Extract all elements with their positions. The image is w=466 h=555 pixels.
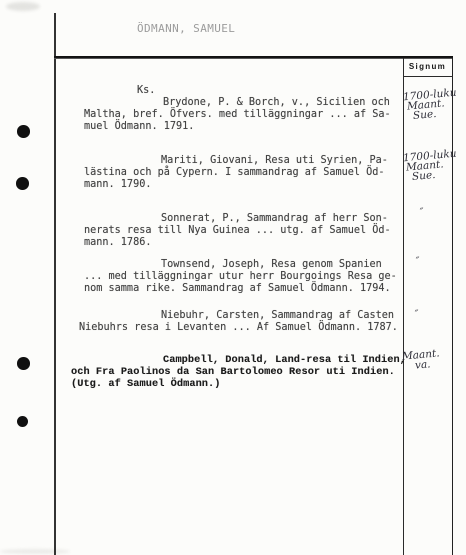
entry-townsend-line-3: nom samma rike. Sammandrag af Samuel Ödm… bbox=[84, 283, 391, 294]
signum-column-left-rule bbox=[403, 58, 404, 555]
entry-brydone-line-4: muel Ödmann. 1791. bbox=[84, 121, 194, 132]
entry-mariti-line-3: mann. 1790. bbox=[84, 179, 151, 190]
signum-note-6-line-2: va. bbox=[415, 358, 432, 371]
signum-note-2-line-3: Sue. bbox=[412, 169, 436, 183]
signum-ditto-mark-3: ″ bbox=[415, 309, 420, 320]
entry-sonnerat-line-1: Sonnerat, P., Sammandrag af herr Son- bbox=[161, 213, 388, 224]
signum-header-bottom-rule bbox=[403, 76, 453, 77]
entry-sonnerat-line-3: mann. 1786. bbox=[84, 237, 151, 248]
punch-dot-4 bbox=[17, 416, 28, 427]
library-catalog-card: ÖDMANN, SAMUEL Signum Ks. Brydone, P. & … bbox=[0, 0, 466, 555]
entry-niebuhr-line-1: Niebuhr, Carsten, Sammandrag af Casten bbox=[161, 310, 394, 321]
entry-niebuhr-line-2: Niebuhrs resa i Levanten ... Af Samuel Ö… bbox=[79, 322, 398, 333]
punch-dot-3 bbox=[17, 357, 30, 370]
header-divider-rule bbox=[54, 56, 453, 59]
scan-smudge-top bbox=[6, 2, 40, 11]
entry-mariti-line-1: Mariti, Giovani, Resa uti Syrien, Pa- bbox=[161, 155, 388, 166]
entry-campbell-line-3: (Utg. af Samuel Ödmann.) bbox=[71, 379, 221, 390]
entry-townsend-line-1: Townsend, Joseph, Resa genom Spanien bbox=[161, 259, 382, 270]
signum-column-header: Signum bbox=[403, 62, 452, 71]
signum-note-1-line-3: Sue. bbox=[413, 108, 437, 122]
entry-campbell-line-1: Campbell, Donald, Land-resa til Indien, bbox=[163, 355, 406, 366]
entry-sonnerat-line-2: nerats resa till Nya Guinea ... utg. af … bbox=[84, 225, 391, 236]
entry-brydone-line-3: Maltha, bref. Öfvers. med tilläggningar … bbox=[84, 109, 391, 120]
entry-campbell-line-2: och Fra Paolinos da San Bartolomeo Resor… bbox=[71, 367, 395, 378]
punch-dot-2 bbox=[16, 177, 29, 190]
signum-column-right-rule bbox=[452, 58, 454, 555]
entry-brydone-line-1: Ks. bbox=[137, 85, 155, 96]
entry-townsend-line-2: ... med tilläggningar utur herr Bourgoin… bbox=[84, 271, 397, 282]
scan-smudge-bottom bbox=[0, 549, 70, 554]
signum-ditto-mark-1: ″ bbox=[420, 207, 425, 218]
signum-ditto-mark-2: ″ bbox=[416, 256, 421, 267]
entry-brydone-line-2: Brydone, P. & Borch, v., Sicilien och bbox=[163, 97, 390, 108]
page-heading: ÖDMANN, SAMUEL bbox=[137, 23, 235, 34]
left-margin-rule bbox=[54, 13, 56, 555]
punch-dot-1 bbox=[17, 125, 30, 138]
entry-mariti-line-2: lästina och på Cypern. I sammandrag af S… bbox=[84, 167, 385, 178]
